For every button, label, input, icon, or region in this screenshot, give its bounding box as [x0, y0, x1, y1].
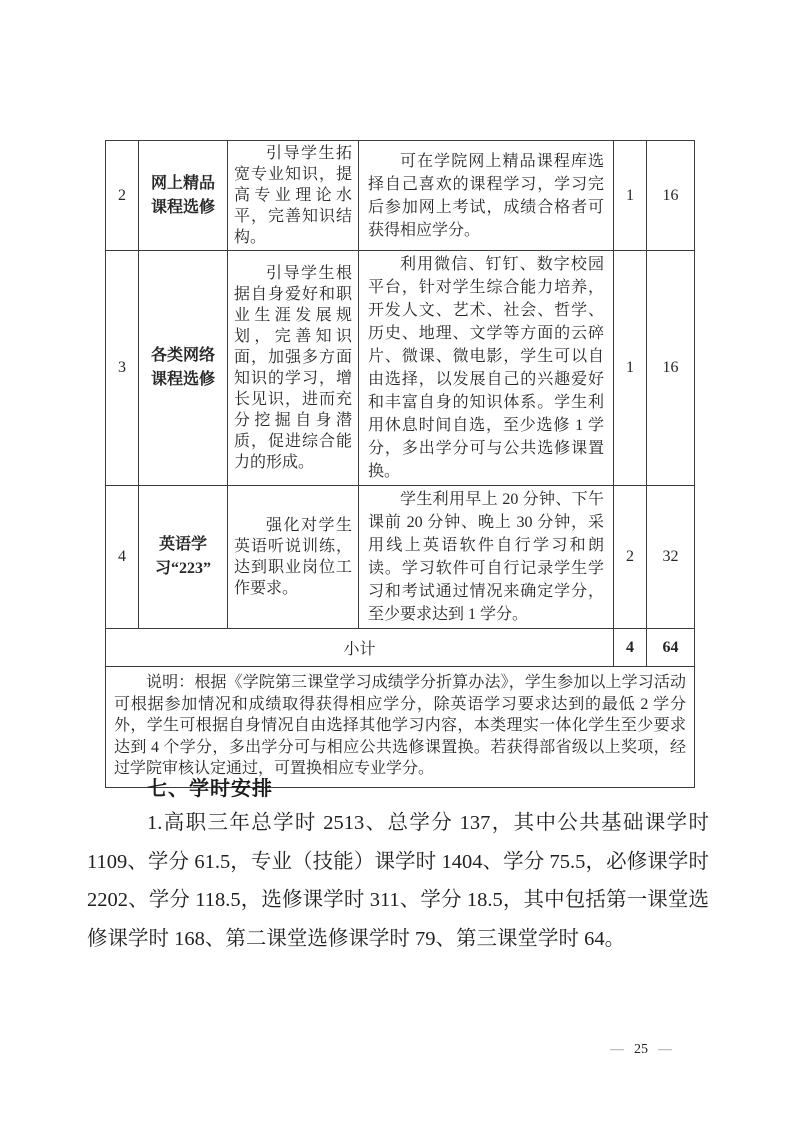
course-content-cell: 可在学院网上精品课程库选择自己喜欢的课程学习，学习完后参加网上考试，成绩合格者可… [359, 141, 614, 251]
course-goal-cell: 引导学生拓宽专业知识，提高专业理论水平，完善知识结构。 [228, 141, 359, 251]
subtotal-label-cell: 小计 [106, 629, 614, 667]
course-name-cell: 各类网络课程选修 [139, 251, 228, 486]
table-row: 3 各类网络课程选修 引导学生根据自身爱好和职业生涯发展规划，完善知识面，加强多… [106, 251, 695, 486]
course-name-cell: 网上精品课程选修 [139, 141, 228, 251]
credit-cell: 1 [614, 251, 647, 486]
course-goal-cell: 强化对学生英语听说训练，达到职业岗位工作要求。 [228, 486, 359, 629]
third-classroom-credits-table: 2 网上精品课程选修 引导学生拓宽专业知识，提高专业理论水平，完善知识结构。 可… [105, 140, 695, 788]
note-row: 说明：根据《学院第三课堂学习成绩学分折算办法》，学生参加以上学习活动可根据参加情… [106, 667, 695, 788]
row-number-cell: 3 [106, 251, 139, 486]
hours-cell: 16 [647, 251, 695, 486]
row-number-cell: 2 [106, 141, 139, 251]
subtotal-hours-cell: 64 [647, 629, 695, 667]
footer-dash-right: — [658, 1043, 672, 1057]
course-goal-cell: 引导学生根据自身爱好和职业生涯发展规划，完善知识面，加强多方面知识的学习，增长见… [228, 251, 359, 486]
footer-dash-left: — [610, 1043, 624, 1057]
page-number-footer: — 25 — [596, 1042, 686, 1058]
subtotal-row: 小计 4 64 [106, 629, 695, 667]
document-page: 2 网上精品课程选修 引导学生拓宽专业知识，提高专业理论水平，完善知识结构。 可… [0, 0, 793, 1122]
body-paragraph: 1.高职三年总学时 2513、总学分 137，其中公共基础课学时 1109、学分… [87, 804, 709, 958]
hours-cell: 32 [647, 486, 695, 629]
credit-cell: 1 [614, 141, 647, 251]
section-heading: 七、学时安排 [147, 772, 273, 801]
subtotal-credit-cell: 4 [614, 629, 647, 667]
table-row: 2 网上精品课程选修 引导学生拓宽专业知识，提高专业理论水平，完善知识结构。 可… [106, 141, 695, 251]
table-row: 4 英语学习“223” 强化对学生英语听说训练，达到职业岗位工作要求。 学生利用… [106, 486, 695, 629]
page-number-text: 25 [634, 1042, 648, 1058]
course-content-cell: 利用微信、钉钉、数字校园平台，针对学生综合能力培养，开发人文、艺术、社会、哲学、… [359, 251, 614, 486]
course-content-cell: 学生利用早上 20 分钟、下午课前 20 分钟、晚上 30 分钟，采用线上英语软… [359, 486, 614, 629]
table-note-cell: 说明：根据《学院第三课堂学习成绩学分折算办法》，学生参加以上学习活动可根据参加情… [106, 667, 695, 788]
credit-cell: 2 [614, 486, 647, 629]
course-name-cell: 英语学习“223” [139, 486, 228, 629]
row-number-cell: 4 [106, 486, 139, 629]
hours-cell: 16 [647, 141, 695, 251]
